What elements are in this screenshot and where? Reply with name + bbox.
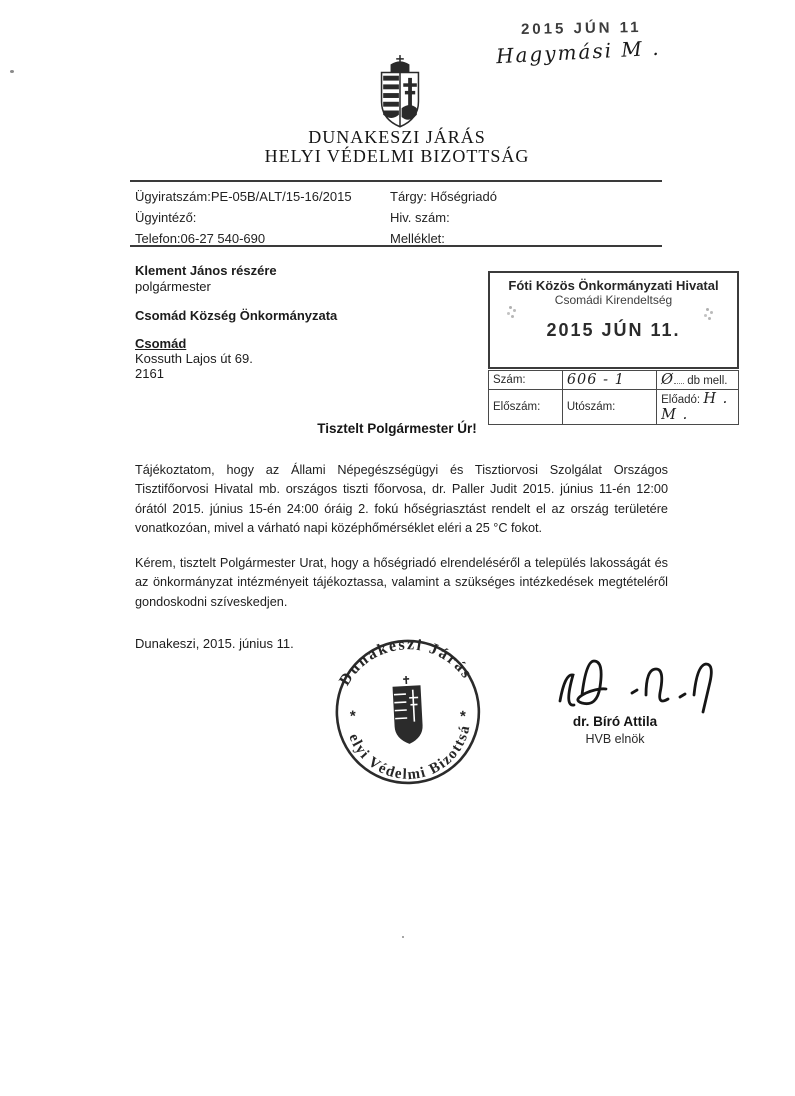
scan-speck	[10, 70, 14, 73]
horizontal-rule-top	[130, 180, 662, 182]
ref-ugyintezo: Ügyintéző:	[135, 207, 352, 228]
signer-title: HVB elnök	[540, 732, 690, 746]
addressee-organization: Csomád Község Önkormányzata	[135, 308, 337, 323]
szam-value-cell: 606 - 1	[562, 371, 656, 390]
svg-text:Dunakeszi Járás: Dunakeszi Járás	[334, 633, 476, 690]
reference-block-left: Ügyiratszám:PE-05B/ALT/15-16/2015 Ügyint…	[135, 186, 352, 249]
szam-label-cell: Szám:	[489, 371, 563, 390]
dateline: Dunakeszi, 2015. június 11.	[135, 636, 294, 651]
reference-block-right: Tárgy: Hőségriadó Hiv. szám: Melléklet:	[390, 186, 497, 249]
stamp-left-star: *	[350, 708, 357, 725]
receipt-stamp-table: Szám: 606 - 1 Ø db mell. Előszám: Utószá…	[488, 370, 739, 425]
addressee-name: Klement János részére	[135, 263, 277, 278]
receipt-table-row-1: Szám: 606 - 1 Ø db mell.	[489, 371, 739, 390]
addressee-street: Kossuth Lajos út 69.	[135, 351, 253, 366]
receipt-stamp-box: Fóti Közös Önkormányzati Hivatal Csomádi…	[488, 271, 739, 369]
body-paragraph-1: Tájékoztatom, hogy az Állami Népegészség…	[135, 461, 668, 538]
addressee-city: Csomád	[135, 336, 186, 351]
eloado-cell: Előadó: H . M .	[657, 390, 739, 425]
received-handwritten-initials: Hagymási M .	[495, 36, 661, 69]
receipt-date-stamp: 2015 JÚN 11.	[490, 320, 737, 341]
org-name-line1: DUNAKESZI JÁRÁS	[132, 127, 662, 148]
scan-speck	[402, 936, 404, 938]
stamp-smudge	[509, 306, 512, 309]
ref-targy: Tárgy: Hőségriadó	[390, 186, 497, 207]
receipt-table-row-2: Előszám: Utószám: Előadó: H . M .	[489, 390, 739, 425]
ref-hiv-szam: Hiv. szám:	[390, 207, 497, 228]
body-paragraph-2: Kérem, tisztelt Polgármester Urat, hogy …	[135, 554, 668, 612]
eloszam-label-cell: Előszám:	[489, 390, 563, 425]
received-date-stamp: 2015 JÚN 11	[521, 19, 642, 38]
melleklet-cell: Ø db mell.	[657, 371, 739, 390]
salutation: Tisztelt Polgármester Úr!	[132, 421, 662, 436]
horizontal-rule-bottom	[130, 245, 662, 247]
coat-of-arms-icon	[357, 54, 443, 135]
stamp-right-star: *	[460, 708, 467, 725]
round-official-stamp: Dunakeszi Járás Helyi Védelmi Bizottság …	[312, 629, 502, 799]
scanned-letter-page: 2015 JÚN 11 Hagymási M .	[0, 0, 795, 1096]
melleklet-count-handwritten: Ø	[661, 372, 674, 388]
stamp-smudge	[706, 308, 709, 311]
org-name-line2: HELYI VÉDELMI BIZOTTSÁG	[132, 146, 662, 167]
utoszam-label-cell: Utószám:	[562, 390, 656, 425]
addressee-postal-code: 2161	[135, 366, 164, 381]
receipt-office-name: Fóti Közös Önkormányzati Hivatal	[490, 278, 737, 293]
signature-block: dr. Bíró Attila HVB elnök	[540, 714, 690, 746]
stamp-coat-of-arms-icon	[392, 675, 424, 744]
receipt-branch-name: Csomádi Kirendeltség	[490, 293, 737, 307]
signature-scribble-icon	[552, 655, 720, 722]
signer-name: dr. Bíró Attila	[540, 714, 690, 729]
stamp-top-text: Dunakeszi Járás	[334, 633, 476, 690]
dotted-line	[674, 383, 684, 384]
addressee-title: polgármester	[135, 279, 211, 294]
ref-ugyiratszam: Ügyiratszám:PE-05B/ALT/15-16/2015	[135, 186, 352, 207]
